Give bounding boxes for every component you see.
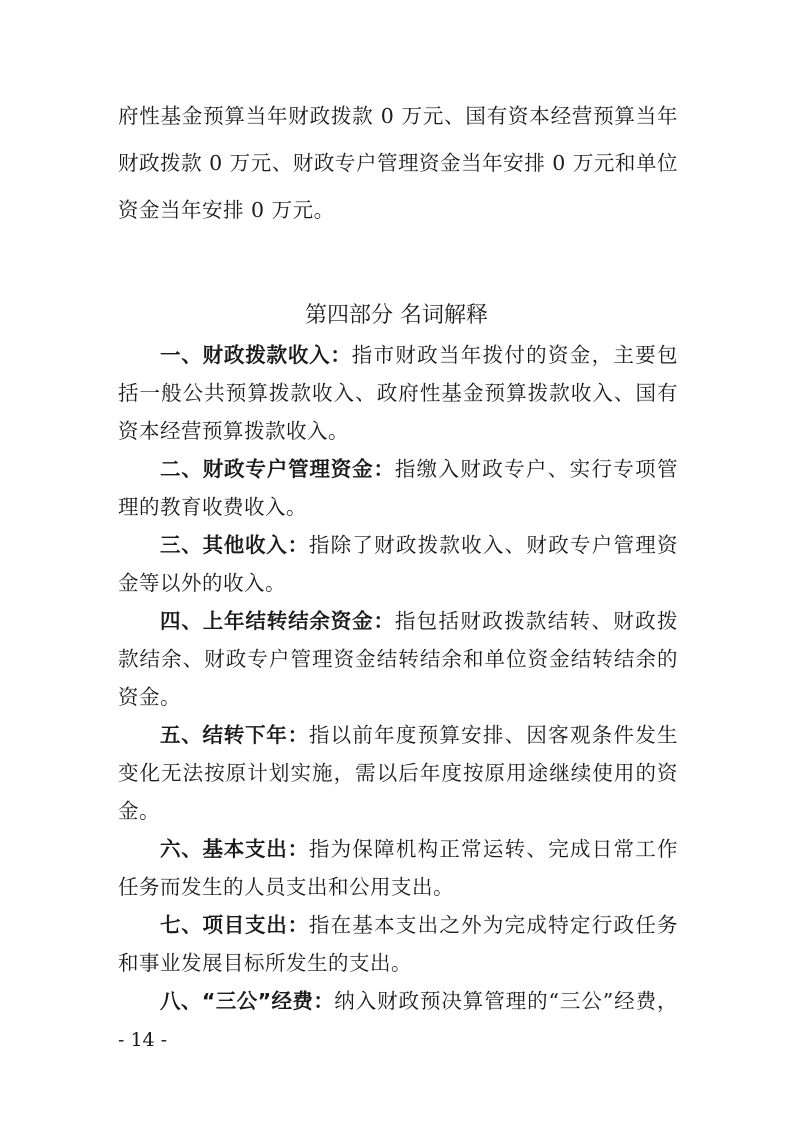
definition-term: 八、“三公”经费：: [160, 989, 334, 1013]
definition-line: 资金。: [118, 685, 678, 709]
definition-text: 指以前年度预算安排、因客观条件发生: [309, 723, 678, 747]
definition-term: 五、结转下年：: [160, 723, 309, 747]
definition-text: 指为保障机构正常运转、完成日常工作: [309, 837, 678, 861]
definition-term: 一、财政拨款收入：: [160, 343, 352, 367]
definition-line: 任务而发生的人员支出和公用支出。: [118, 875, 678, 899]
definition-first-line: 三、其他收入：指除了财政拨款收入、财政专户管理资: [160, 533, 678, 557]
definition-text: 指包括财政拨款结转、财政拨: [395, 609, 678, 633]
intro-line: 资金当年安排 0 万元。: [118, 198, 678, 222]
definition-first-line: 二、财政专户管理资金：指缴入财政专户、实行专项管: [160, 457, 678, 481]
definition-text: 指缴入财政专户、实行专项管: [395, 457, 678, 481]
definition-line: 理的教育收费收入。: [118, 495, 678, 519]
definition-first-line: 五、结转下年：指以前年度预算安排、因客观条件发生: [160, 723, 678, 747]
definition-first-line: 一、财政拨款收入：指市财政当年拨付的资金，主要包: [160, 343, 678, 367]
definition-term: 二、财政专户管理资金：: [160, 457, 395, 481]
page-number: - 14 -: [118, 1028, 167, 1052]
definition-first-line: 六、基本支出：指为保障机构正常运转、完成日常工作: [160, 837, 678, 861]
definition-text: 纳入财政预决算管理的“三公”经费，: [334, 989, 678, 1013]
definition-term: 七、项目支出：: [160, 913, 309, 937]
definition-text: 指市财政当年拨付的资金，主要包: [352, 343, 678, 367]
definition-line: 资本经营预算拨款收入。: [118, 419, 678, 443]
definition-line: 款结余、财政专户管理资金结转结余和单位资金结转结余的: [118, 647, 678, 671]
definition-term: 四、上年结转结余资金：: [160, 609, 395, 633]
definition-text: 指除了财政拨款收入、财政专户管理资: [309, 533, 678, 557]
definition-first-line: 四、上年结转结余资金：指包括财政拨款结转、财政拨: [160, 609, 678, 633]
section-title: 第四部分 名词解释: [0, 302, 793, 330]
definition-line: 金。: [118, 799, 678, 823]
definition-first-line: 八、“三公”经费：纳入财政预决算管理的“三公”经费，: [160, 989, 678, 1013]
definition-line: 和事业发展目标所发生的支出。: [118, 951, 678, 975]
definition-line: 金等以外的收入。: [118, 571, 678, 595]
definition-line: 括一般公共预算拨款收入、政府性基金预算拨款收入、国有: [118, 381, 678, 405]
intro-line: 财政拨款 0 万元、财政专户管理资金当年安排 0 万元和单位: [118, 151, 678, 175]
definition-term: 六、基本支出：: [160, 837, 309, 861]
definition-first-line: 七、项目支出：指在基本支出之外为完成特定行政任务: [160, 913, 678, 937]
intro-line: 府性基金预算当年财政拨款 0 万元、国有资本经营预算当年: [118, 104, 678, 128]
definition-text: 指在基本支出之外为完成特定行政任务: [309, 913, 678, 937]
definition-line: 变化无法按原计划实施，需以后年度按原用途继续使用的资: [118, 761, 678, 785]
definition-term: 三、其他收入：: [160, 533, 309, 557]
